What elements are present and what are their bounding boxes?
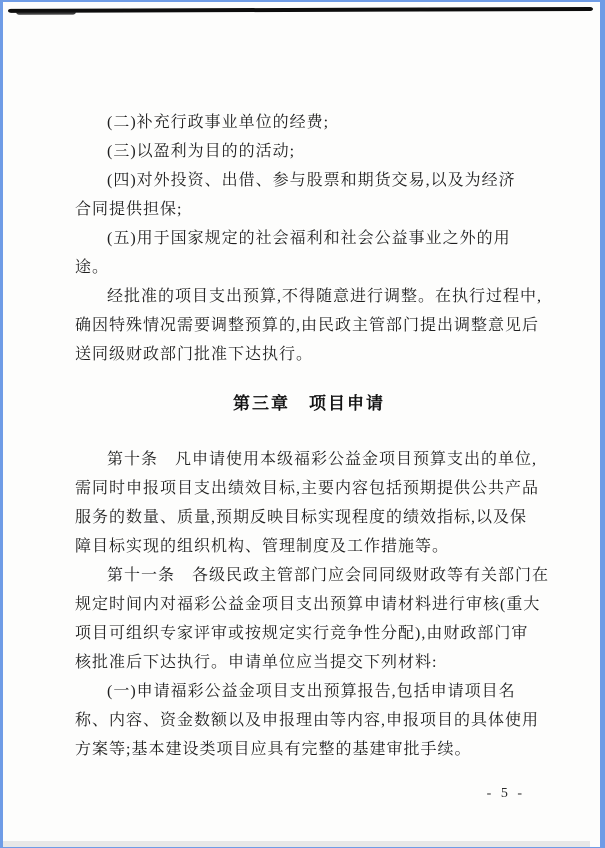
text-line: 规定时间内对福彩公益金项目支出预算申请材料进行审核(重大 — [75, 590, 543, 619]
text-line: (四)对外投资、出借、参与股票和期货交易,以及为经济 — [75, 166, 543, 195]
text-line: 方案等;基本建设类项目应具有完整的基建审批手续。 — [75, 735, 543, 764]
text-line: 途。 — [75, 253, 543, 282]
text-line: 经批准的项目支出预算,不得随意进行调整。在执行过程中, — [75, 282, 543, 311]
text-line: 项目可组织专家评审或按规定实行竞争性分配),由财政部门审 — [75, 619, 543, 648]
text-line: 需同时申报项目支出绩效目标,主要内容包括预期提供公共产品 — [75, 474, 543, 503]
paragraph: 第十一条 各级民政主管部门应会同同级财政等有关部门在规定时间内对福彩公益金项目支… — [75, 561, 543, 677]
text-line: 合同提供担保; — [75, 195, 543, 224]
paragraph: 第十条 凡申请使用本级福彩公益金项目预算支出的单位,需同时申报项目支出绩效目标,… — [75, 445, 543, 561]
chapter-heading: 第三章 项目申请 — [75, 389, 543, 419]
text-line: 第十一条 各级民政主管部门应会同同级财政等有关部门在 — [75, 561, 543, 590]
text-line: (二)补充行政事业单位的经费; — [75, 108, 543, 137]
text-line: 核批准后下达执行。申请单位应当提交下列材料: — [75, 648, 543, 677]
text-line: 确因特殊情况需要调整预算的,由民政主管部门提出调整意见后 — [75, 311, 543, 340]
paragraph: 经批准的项目支出预算,不得随意进行调整。在执行过程中,确因特殊情况需要调整预算的… — [75, 282, 543, 369]
text-line: 称、内容、资金数额以及申报理由等内容,申报项目的具体使用 — [75, 706, 543, 735]
text-line: 服务的数量、质量,预期反映目标实现程度的绩效指标,以及保 — [75, 503, 543, 532]
paragraph: (五)用于国家规定的社会福利和社会公益事业之外的用途。 — [75, 224, 543, 282]
text-line: 送同级财政部门批准下达执行。 — [75, 340, 543, 369]
scanned-document-frame: (二)补充行政事业单位的经费;(三)以盈利为目的的活动;(四)对外投资、出借、参… — [0, 0, 605, 848]
document-body: (二)补充行政事业单位的经费;(三)以盈利为目的的活动;(四)对外投资、出借、参… — [75, 108, 543, 764]
text-line: (一)申请福彩公益金项目支出预算报告,包括申请项目名 — [75, 677, 543, 706]
paragraph: (四)对外投资、出借、参与股票和期货交易,以及为经济合同提供担保; — [75, 166, 543, 224]
scan-artifact-line — [8, 7, 593, 13]
text-line: 第十条 凡申请使用本级福彩公益金项目预算支出的单位, — [75, 445, 543, 474]
text-line: (三)以盈利为目的的活动; — [75, 137, 543, 166]
paragraph: (二)补充行政事业单位的经费; — [75, 108, 543, 137]
page-bottom-edge-shadow — [3, 841, 590, 847]
paragraph: (一)申请福彩公益金项目支出预算报告,包括申请项目名称、内容、资金数额以及申报理… — [75, 677, 543, 764]
page-number: - 5 - — [487, 782, 525, 806]
document-page: (二)补充行政事业单位的经费;(三)以盈利为目的的活动;(四)对外投资、出借、参… — [3, 2, 600, 847]
paragraph: (三)以盈利为目的的活动; — [75, 137, 543, 166]
text-line: 障目标实现的组织机构、管理制度及工作措施等。 — [75, 532, 543, 561]
text-line: (五)用于国家规定的社会福利和社会公益事业之外的用 — [75, 224, 543, 253]
